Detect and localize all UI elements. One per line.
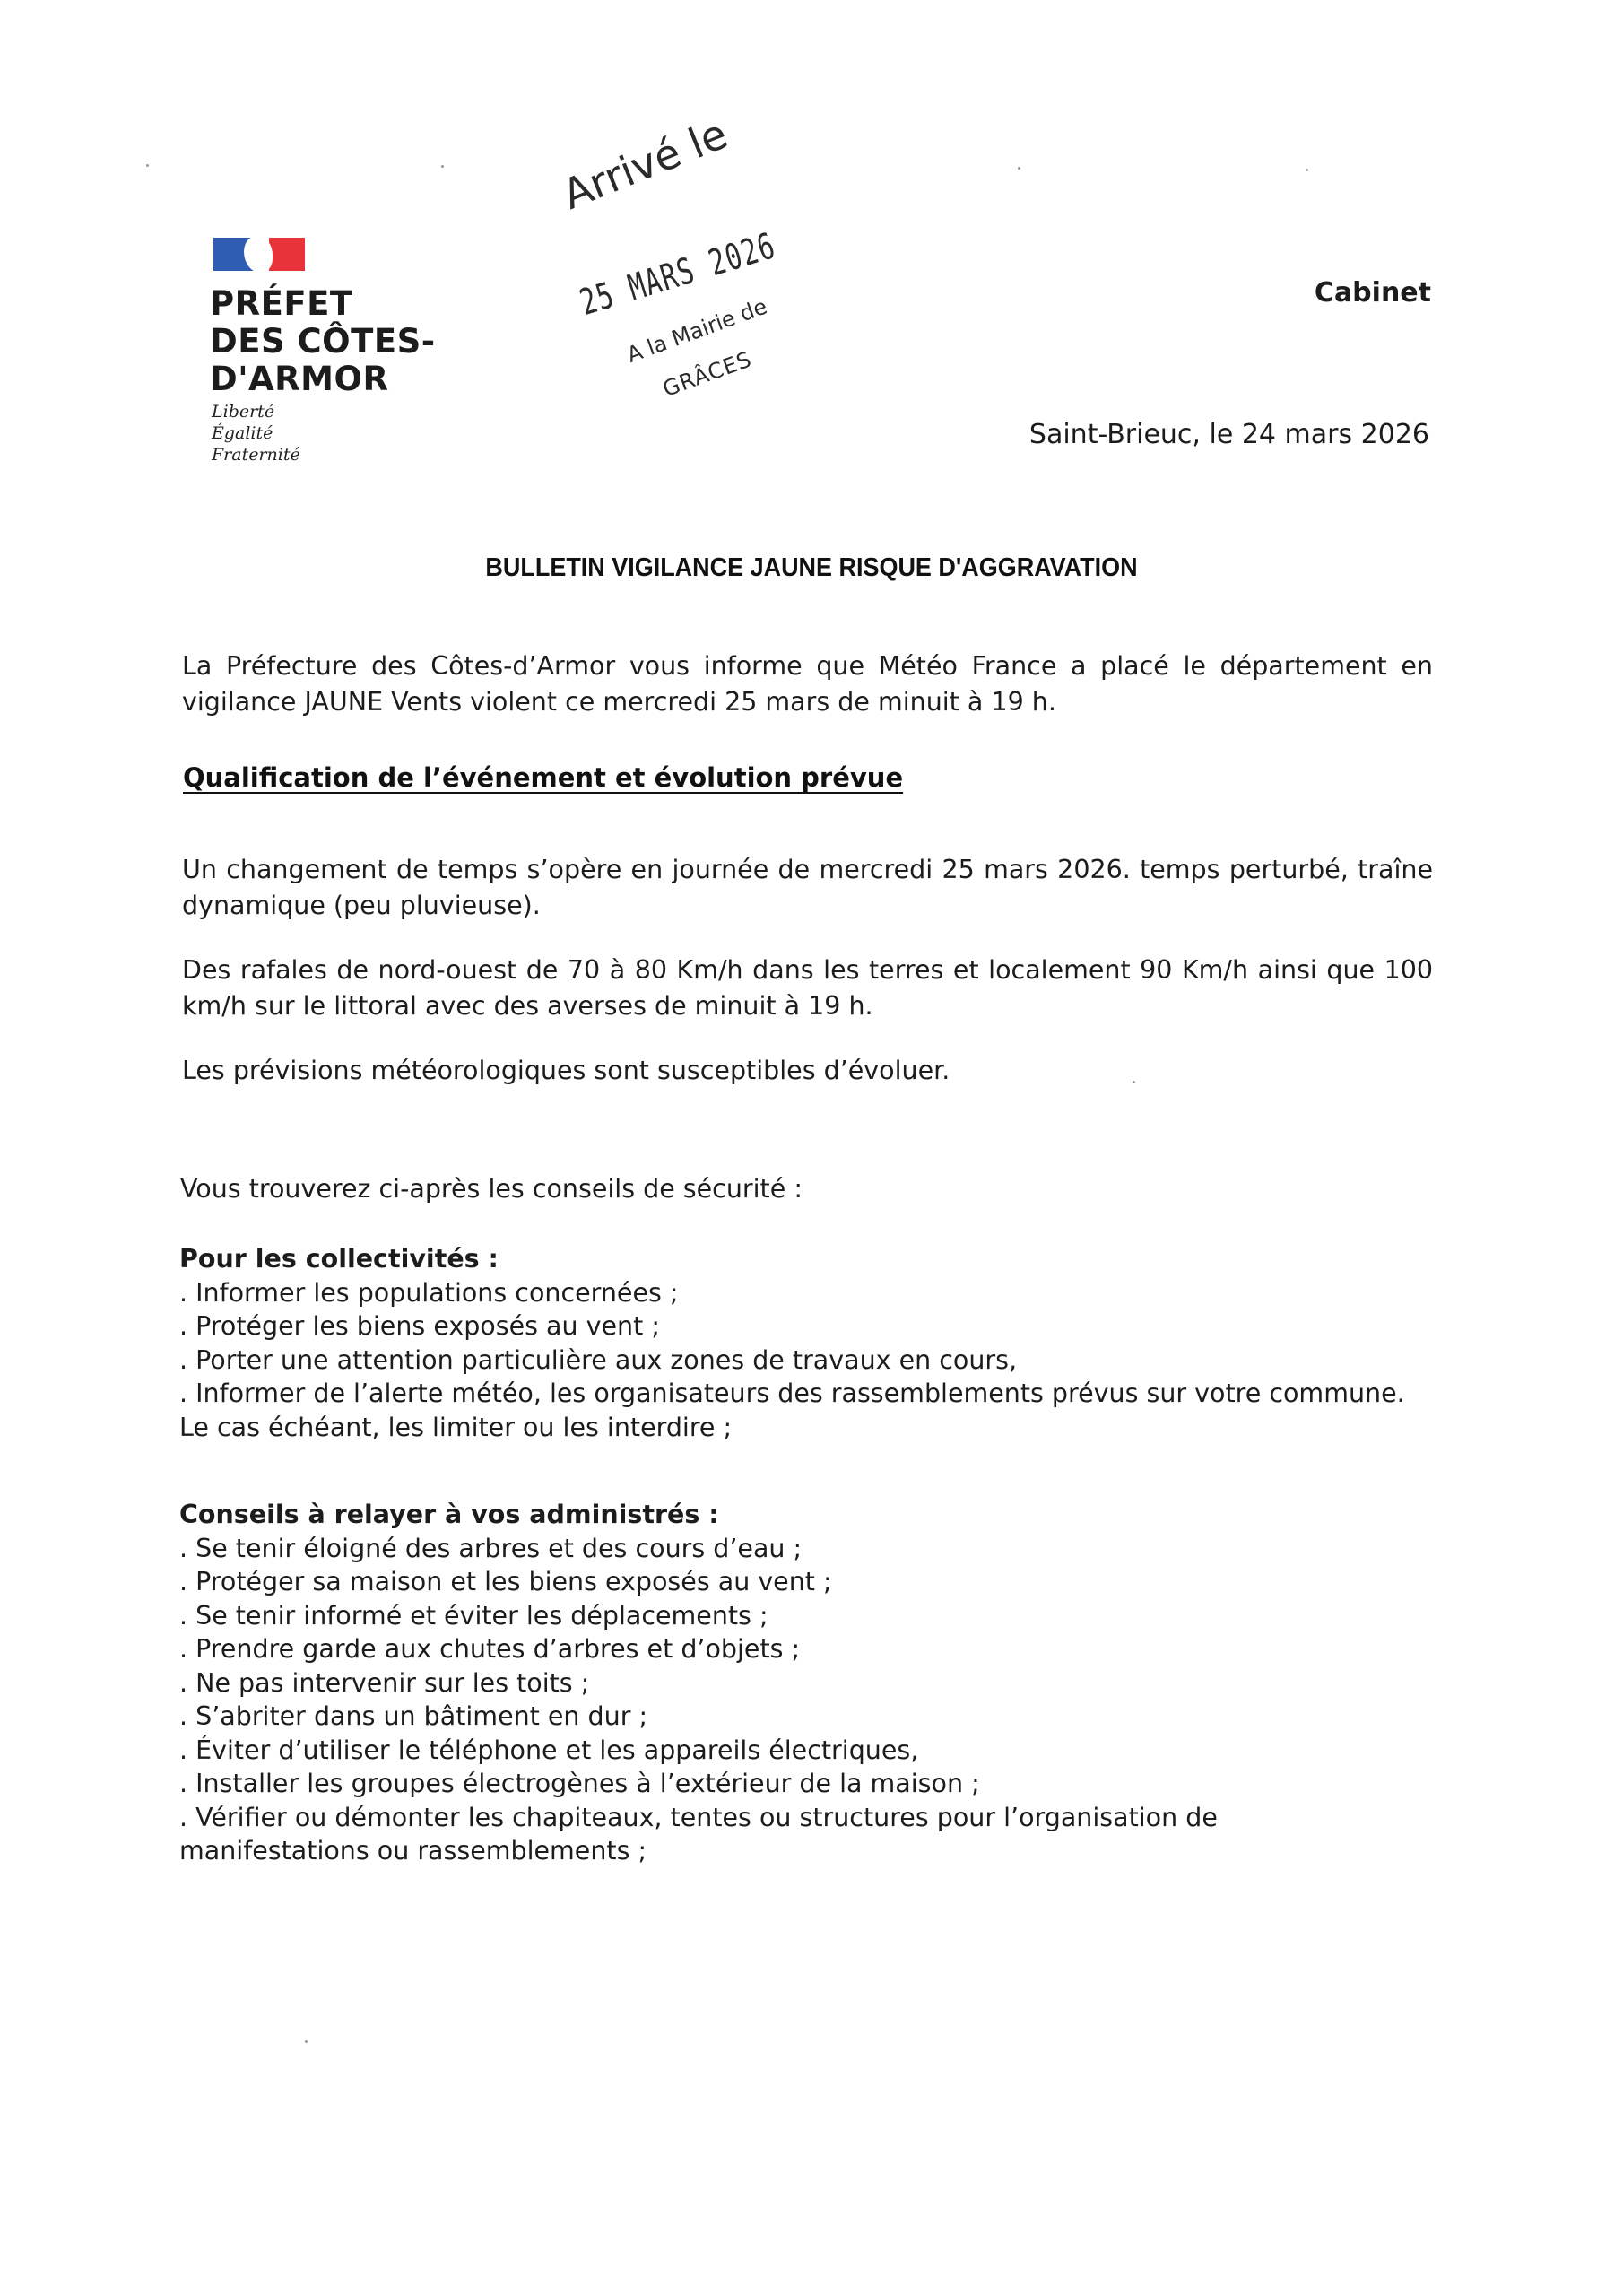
list-item: . Informer de l’alerte météo, les organi… bbox=[179, 1377, 1435, 1444]
stamp-commune: GRÂCES bbox=[659, 346, 755, 402]
list-item: . Ne pas intervenir sur les toits ; bbox=[179, 1666, 1453, 1700]
intro-paragraph: La Préfecture des Côtes-d’Armor vous inf… bbox=[182, 648, 1433, 720]
list-item: . Porter une attention particulière aux … bbox=[179, 1344, 1453, 1378]
scan-speck bbox=[305, 2040, 308, 2043]
institution-line: DES CÔTES- bbox=[210, 323, 436, 361]
paragraph: Les prévisions météorologiques sont susc… bbox=[182, 1053, 1433, 1089]
paragraph: Des rafales de nord-ouest de 70 à 80 Km/… bbox=[182, 952, 1433, 1024]
collectivites-heading: Pour les collectivités : bbox=[179, 1242, 1453, 1276]
motto-line: Liberté bbox=[212, 401, 300, 422]
list-item: . Éviter d’utiliser le téléphone et les … bbox=[179, 1734, 1453, 1768]
list-item: . Se tenir informé et éviter les déplace… bbox=[179, 1599, 1453, 1633]
list-item: . Informer les populations concernées ; bbox=[179, 1276, 1453, 1310]
list-item: . Protéger sa maison et les biens exposé… bbox=[179, 1565, 1453, 1599]
motto-line: Fraternité bbox=[212, 444, 300, 465]
section-heading: Qualification de l’événement et évolutio… bbox=[183, 762, 903, 793]
republic-motto: Liberté Égalité Fraternité bbox=[212, 401, 300, 465]
list-item: . Installer les groupes électrogènes à l… bbox=[179, 1767, 1453, 1801]
scan-speck bbox=[146, 164, 149, 167]
institution-name: PRÉFET DES CÔTES- D'ARMOR bbox=[210, 285, 436, 398]
administres-section: Conseils à relayer à vos administrés : .… bbox=[179, 1498, 1453, 1868]
marianne-flag-icon bbox=[213, 238, 307, 274]
paragraph: Un changement de temps s’opère en journé… bbox=[182, 852, 1433, 924]
institution-line: D'ARMOR bbox=[210, 361, 436, 398]
institution-line: PRÉFET bbox=[210, 285, 436, 323]
scan-speck bbox=[1306, 169, 1308, 171]
scan-speck bbox=[1018, 167, 1020, 170]
document-title: BULLETIN VIGILANCE JAUNE RISQUE D'AGGRAV… bbox=[56, 553, 1566, 583]
stamp-arrive-label: Arrivé le bbox=[556, 109, 734, 219]
service-name: Cabinet bbox=[1315, 277, 1431, 309]
list-item: . Vérifier ou démonter les chapiteaux, t… bbox=[179, 1801, 1273, 1868]
collectivites-section: Pour les collectivités : . Informer les … bbox=[179, 1242, 1453, 1444]
list-item: . S’abriter dans un bâtiment en dur ; bbox=[179, 1700, 1453, 1734]
motto-line: Égalité bbox=[212, 422, 300, 444]
list-item: . Protéger les biens exposés au vent ; bbox=[179, 1309, 1453, 1344]
scan-speck bbox=[441, 165, 444, 168]
administres-heading: Conseils à relayer à vos administrés : bbox=[179, 1498, 1453, 1532]
list-item: . Prendre garde aux chutes d’arbres et d… bbox=[179, 1632, 1453, 1666]
list-item: . Se tenir éloigné des arbres et des cou… bbox=[179, 1532, 1453, 1566]
place-date: Saint-Brieuc, le 24 mars 2026 bbox=[1029, 419, 1429, 450]
reception-stamp: Arrivé le 25 MARS 2026 A la Mairie de GR… bbox=[538, 135, 807, 395]
advice-intro: Vous trouverez ci-après les conseils de … bbox=[180, 1171, 1431, 1207]
